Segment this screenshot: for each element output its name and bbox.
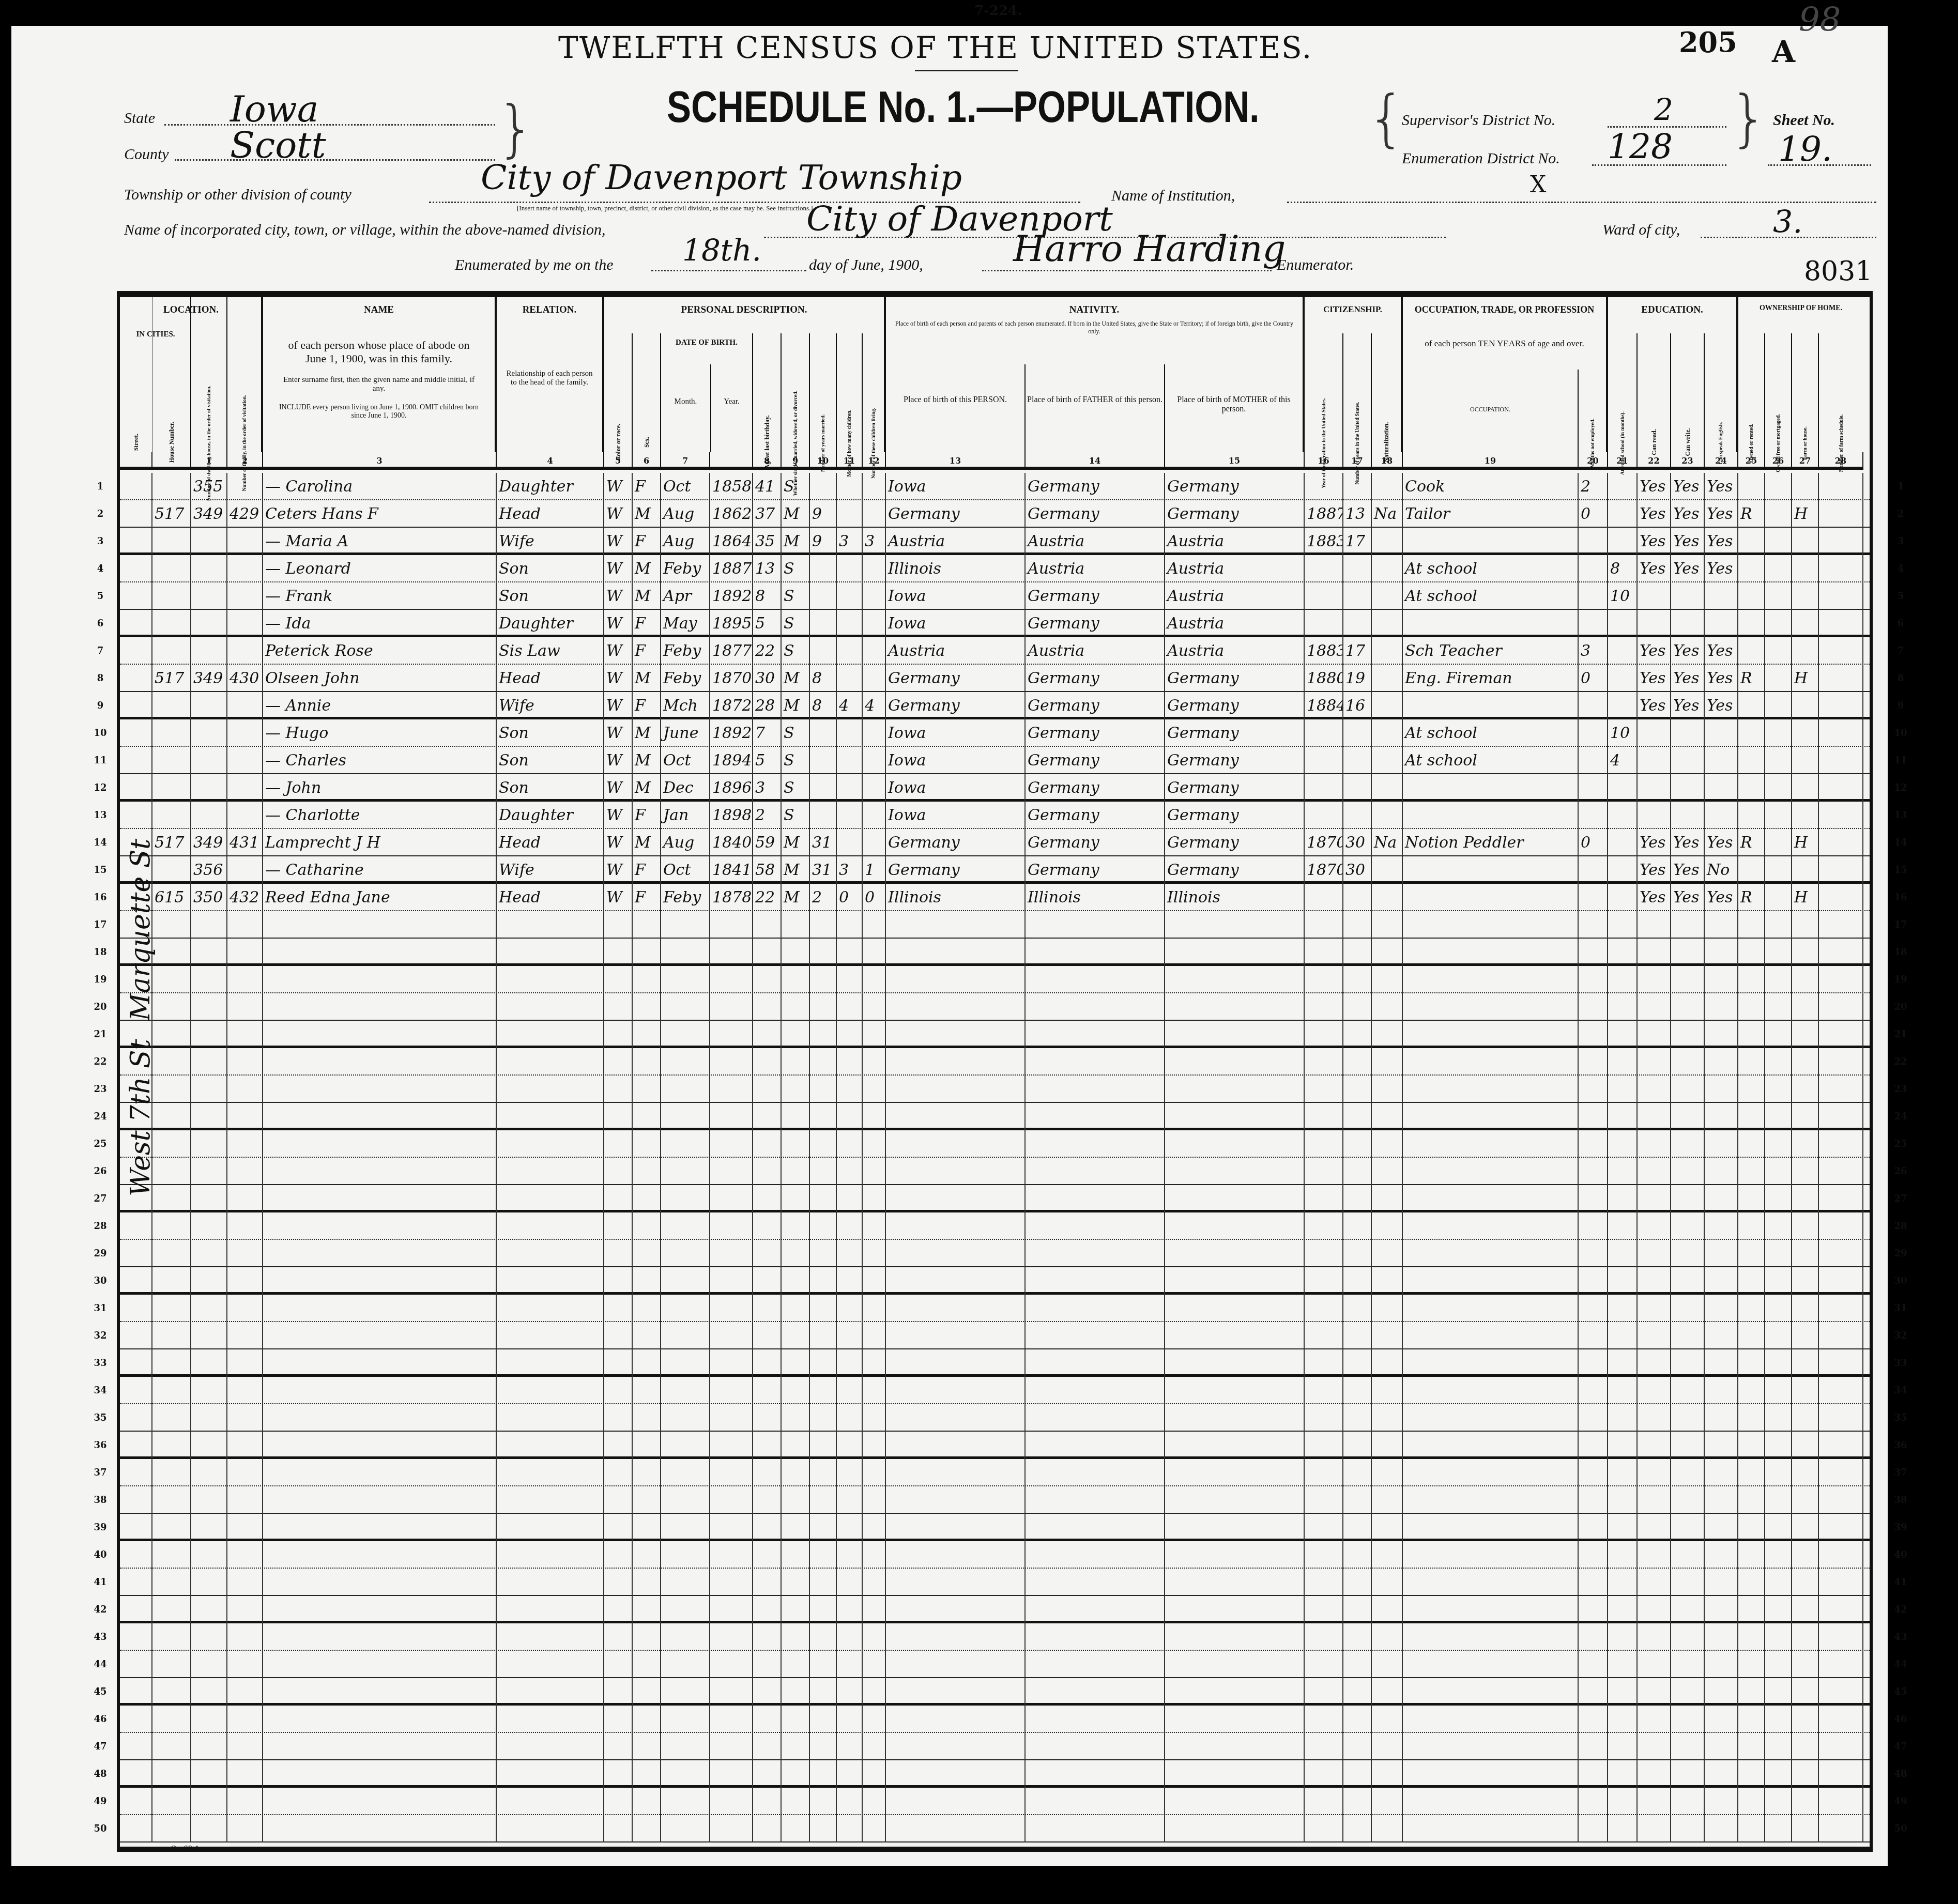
cell-month (661, 1569, 710, 1596)
cell-color: W (604, 802, 633, 829)
cell-marital: M (782, 528, 810, 555)
cell-read (1638, 1404, 1671, 1432)
column-number: 12 (863, 452, 886, 470)
cell-month (661, 939, 710, 966)
cell-pom: Austria (1165, 637, 1305, 665)
cell-own (1738, 692, 1765, 719)
cell-dwelling (191, 637, 227, 665)
cell-free (1765, 1541, 1792, 1569)
cell-free (1765, 610, 1792, 637)
cell-pof (1026, 1788, 1165, 1815)
column-number: 9 (782, 452, 810, 470)
cell-nat (1372, 1733, 1403, 1760)
cell-color (604, 966, 633, 993)
cell-unemp (1579, 1815, 1608, 1842)
cell-month: Oct (661, 747, 710, 774)
cell-imm (1305, 1651, 1343, 1678)
cell-house (152, 473, 191, 500)
table-row: 1111— CharlesSonWMOct18945SIowaGermanyGe… (120, 747, 1870, 774)
cell-farm (1792, 1815, 1819, 1842)
cell-pob (886, 1130, 1026, 1158)
row-number-left: 13 (90, 802, 111, 829)
cell-fs (1819, 1076, 1863, 1103)
cell-street (120, 692, 152, 719)
cell-school (1608, 939, 1638, 966)
cell-cl (863, 665, 886, 692)
cell-english: Yes (1705, 829, 1738, 856)
column-number: 7 (661, 452, 710, 470)
cell-house (152, 1706, 191, 1733)
cell-farm (1792, 993, 1819, 1021)
cell-pob: Iowa (886, 473, 1026, 500)
row-number-right: 37 (1890, 1459, 1911, 1486)
column-number: 24 (1705, 452, 1738, 470)
cell-own (1738, 610, 1765, 637)
cell-imm (1305, 1678, 1343, 1706)
cell-marital (782, 1076, 810, 1103)
table-row: 44— LeonardSonWMFeby188713SIllinoisAustr… (120, 555, 1870, 582)
cell-write (1671, 1349, 1705, 1377)
cell-school (1608, 856, 1638, 884)
table-row: 1212— JohnSonWMDec18963SIowaGermanyGerma… (120, 774, 1870, 802)
cell-free (1765, 774, 1792, 802)
cell-own (1738, 993, 1765, 1021)
cell-marital (782, 911, 810, 939)
cell-english: Yes (1705, 528, 1738, 555)
row-number-right: 18 (1890, 939, 1911, 966)
cell-school (1608, 1185, 1638, 1212)
cell-imm: 1887 (1305, 500, 1343, 528)
cell-unemp (1579, 1432, 1608, 1459)
cell-pom (1165, 1021, 1305, 1048)
row-number-left: 8 (90, 665, 111, 692)
cell-marital (782, 1349, 810, 1377)
cell-imm (1305, 774, 1343, 802)
cell-marital: S (782, 582, 810, 610)
birth-person-col: Place of birth of this PERSON. (886, 364, 1026, 452)
cell-age (753, 1322, 782, 1349)
cell-pof: Austria (1026, 637, 1165, 665)
row-number-right: 22 (1890, 1048, 1911, 1076)
cell-write (1671, 1212, 1705, 1240)
cell-pom (1165, 1514, 1305, 1541)
cell-age (753, 966, 782, 993)
cell-pof: Germany (1026, 692, 1165, 719)
cell-mc (837, 1459, 863, 1486)
cell-pob: Austria (886, 528, 1026, 555)
cell-mc (837, 500, 863, 528)
cell-street (120, 555, 152, 582)
row-number-right: 24 (1890, 1103, 1911, 1130)
cell-unemp (1579, 993, 1608, 1021)
cell-imm: 1870 (1305, 856, 1343, 884)
cell-month: Oct (661, 473, 710, 500)
cell-nat (1372, 1569, 1403, 1596)
cell-pof (1026, 1486, 1165, 1514)
cell-own (1738, 1815, 1765, 1842)
cell-relation (497, 1240, 604, 1267)
cell-school (1608, 1158, 1638, 1185)
cell-own (1738, 1295, 1765, 1322)
cell-free (1765, 1212, 1792, 1240)
relation-col: RELATION. Relationship of each person to… (497, 297, 604, 452)
cell-fs (1819, 582, 1863, 610)
cell-read (1638, 1048, 1671, 1076)
cell-pob: Germany (886, 692, 1026, 719)
cell-year (710, 1788, 753, 1815)
cell-mc (837, 1267, 863, 1295)
cell-imm: 1883 (1305, 637, 1343, 665)
cell-house (152, 1541, 191, 1569)
cell-read (1638, 610, 1671, 637)
cell-occ (1403, 1076, 1579, 1103)
cell-house (152, 747, 191, 774)
cell-house (152, 1760, 191, 1788)
cell-sex (633, 1404, 661, 1432)
cell-imm (1305, 884, 1343, 911)
cell-occ (1403, 1514, 1579, 1541)
cell-read (1638, 1212, 1671, 1240)
cell-age (753, 1130, 782, 1158)
cell-relation (497, 1486, 604, 1514)
cell-pom: Austria (1165, 528, 1305, 555)
cell-relation: Son (497, 719, 604, 747)
cell-year: 1864 (710, 528, 753, 555)
cell-pom: Germany (1165, 665, 1305, 692)
cell-own (1738, 528, 1765, 555)
cell-unemp (1579, 911, 1608, 939)
table-row: 3434 (120, 1377, 1870, 1404)
cell-english (1705, 1267, 1738, 1295)
cell-nat (1372, 1651, 1403, 1678)
cell-occ (1403, 1541, 1579, 1569)
cell-mc (837, 1651, 863, 1678)
cell-unemp (1579, 1459, 1608, 1486)
row-number-left: 34 (90, 1377, 111, 1404)
day-line (651, 270, 806, 271)
cell-family (227, 1541, 263, 1569)
cell-fs (1819, 1212, 1863, 1240)
cell-color: W (604, 473, 633, 500)
cell-house (152, 1788, 191, 1815)
row-number-right: 32 (1890, 1322, 1911, 1349)
column-number (120, 452, 152, 470)
street-annotation-marquette: Marquette St (125, 839, 156, 1021)
cell-yrs (1343, 774, 1372, 802)
cell-ym (810, 1377, 837, 1404)
birth-person-header: Place of birth of this PERSON. (904, 395, 1007, 404)
cell-occ (1403, 1103, 1579, 1130)
cell-write: Yes (1671, 500, 1705, 528)
cell-free (1765, 1623, 1792, 1651)
ward-label: Ward of city, (1602, 221, 1680, 239)
cell-marital (782, 1596, 810, 1623)
cell-yrs (1343, 1185, 1372, 1212)
cell-ym (810, 1459, 837, 1486)
farm-house-col: Farm or house. (1792, 333, 1819, 452)
cell-year: 1877 (710, 637, 753, 665)
cell-pof (1026, 1815, 1165, 1842)
cell-mc (837, 966, 863, 993)
cell-dwelling: 349 (191, 500, 227, 528)
cell-ym (810, 1267, 837, 1295)
cell-pof: Germany (1026, 500, 1165, 528)
cell-dwelling (191, 582, 227, 610)
cell-cl (863, 1322, 886, 1349)
cell-marital: S (782, 610, 810, 637)
cell-sex (633, 1103, 661, 1130)
cell-sex: M (633, 582, 661, 610)
cell-school (1608, 1295, 1638, 1322)
cell-english (1705, 582, 1738, 610)
cell-own (1738, 1514, 1765, 1541)
cell-age (753, 1514, 782, 1541)
cell-color (604, 911, 633, 939)
cell-street (120, 1240, 152, 1267)
cell-occ (1403, 1651, 1579, 1678)
cell-read: Yes (1638, 637, 1671, 665)
cell-own (1738, 1623, 1765, 1651)
cell-ym (810, 1432, 837, 1459)
cell-yrs (1343, 993, 1372, 1021)
cell-color: W (604, 747, 633, 774)
row-number-left: 9 (90, 692, 111, 719)
cell-write (1671, 1815, 1705, 1842)
row-number-left: 19 (90, 966, 111, 993)
cell-dwelling (191, 1514, 227, 1541)
cell-pob: Iowa (886, 719, 1026, 747)
cell-sex: F (633, 637, 661, 665)
cell-write (1671, 966, 1705, 993)
cell-yrs (1343, 1788, 1372, 1815)
cell-pob: Illinois (886, 555, 1026, 582)
row-number-left: 49 (90, 1788, 111, 1815)
cell-read (1638, 939, 1671, 966)
cell-color (604, 993, 633, 1021)
cell-marital: S (782, 555, 810, 582)
cell-cl (863, 829, 886, 856)
cell-color: W (604, 637, 633, 665)
cell-dwelling (191, 1212, 227, 1240)
cell-family: 431 (227, 829, 263, 856)
cell-imm (1305, 1130, 1343, 1158)
cell-marital: M (782, 500, 810, 528)
enumeration-district: 128 (1608, 127, 1673, 166)
cell-house: 517 (152, 829, 191, 856)
cell-pof: Germany (1026, 665, 1165, 692)
table-row: 4747 (120, 1733, 1870, 1760)
cell-sex (633, 1486, 661, 1514)
cell-age (753, 1541, 782, 1569)
cell-write: Yes (1671, 473, 1705, 500)
cell-sex: M (633, 500, 661, 528)
cell-farm (1792, 1569, 1819, 1596)
cell-unemp (1579, 1404, 1608, 1432)
institution-line (1287, 202, 1876, 203)
cell-color (604, 1267, 633, 1295)
cell-year (710, 1322, 753, 1349)
cell-name (263, 1432, 497, 1459)
row-number-left: 30 (90, 1267, 111, 1295)
cell-ym: 31 (810, 856, 837, 884)
cell-name: Reed Edna Jane (263, 884, 497, 911)
cell-imm (1305, 1706, 1343, 1733)
cell-family (227, 1569, 263, 1596)
cell-imm (1305, 966, 1343, 993)
cell-mc (837, 911, 863, 939)
cell-unemp (1579, 1377, 1608, 1404)
cell-english (1705, 1514, 1738, 1541)
cell-sex (633, 1158, 661, 1185)
cell-pof: Germany (1026, 719, 1165, 747)
cell-marital (782, 1815, 810, 1842)
cell-relation: Sis Law (497, 637, 604, 665)
cell-dwelling (191, 802, 227, 829)
cell-ym (810, 1349, 837, 1377)
cell-own (1738, 1377, 1765, 1404)
ownership-heading: OWNERSHIP OF HOME. (1738, 304, 1863, 313)
cell-write: Yes (1671, 637, 1705, 665)
cell-occ (1403, 1596, 1579, 1623)
cell-free (1765, 1459, 1792, 1486)
cell-write (1671, 1240, 1705, 1267)
cell-imm (1305, 939, 1343, 966)
cell-color: W (604, 665, 633, 692)
cell-yrs (1343, 719, 1372, 747)
cell-marital (782, 1541, 810, 1569)
cell-color (604, 1760, 633, 1788)
cell-sex: M (633, 665, 661, 692)
row-number-right: 25 (1890, 1130, 1911, 1158)
cell-unemp (1579, 1486, 1608, 1514)
cell-own (1738, 1240, 1765, 1267)
cell-family (227, 1103, 263, 1130)
cell-pof (1026, 1240, 1165, 1267)
cell-nat: Na (1372, 829, 1403, 856)
cell-nat (1372, 637, 1403, 665)
cell-english (1705, 802, 1738, 829)
cell-pob: Iowa (886, 582, 1026, 610)
cell-name (263, 1514, 497, 1541)
cell-fs (1819, 555, 1863, 582)
cell-family (227, 1514, 263, 1541)
row-number-left: 16 (90, 884, 111, 911)
cell-school (1608, 1076, 1638, 1103)
cell-mc (837, 1596, 863, 1623)
cell-own (1738, 1021, 1765, 1048)
cell-pof (1026, 1377, 1165, 1404)
cell-free (1765, 1158, 1792, 1185)
cell-ym (810, 802, 837, 829)
cell-name (263, 1021, 497, 1048)
row-number-left: 5 (90, 582, 111, 610)
cell-farm (1792, 1048, 1819, 1076)
cell-month (661, 1103, 710, 1130)
cell-month (661, 1706, 710, 1733)
cell-imm (1305, 1349, 1343, 1377)
cell-unemp (1579, 1212, 1608, 1240)
cell-name (263, 1569, 497, 1596)
cell-month (661, 1459, 710, 1486)
cell-cl: 0 (863, 884, 886, 911)
table-row: 55— FrankSonWMApr18928SIowaGermanyAustri… (120, 582, 1870, 610)
county-value: Scott (230, 124, 326, 166)
cell-name: — Hugo (263, 719, 497, 747)
cell-fs (1819, 1240, 1863, 1267)
cell-age: 28 (753, 692, 782, 719)
cell-year: 1892 (710, 582, 753, 610)
farm-schedule-col: Number of farm schedule. (1819, 333, 1863, 452)
cell-own (1738, 1185, 1765, 1212)
cell-street (120, 802, 152, 829)
cell-ym (810, 582, 837, 610)
cell-pob: Germany (886, 856, 1026, 884)
cell-dwelling (191, 747, 227, 774)
cell-farm (1792, 1240, 1819, 1267)
cell-fs (1819, 1432, 1863, 1459)
name-col: NAME of each person whose place of abode… (263, 297, 497, 452)
cell-age (753, 911, 782, 939)
county-line (175, 159, 495, 161)
row-number-right: 16 (1890, 884, 1911, 911)
cell-marital: S (782, 774, 810, 802)
cell-cl (863, 1212, 886, 1240)
cell-marital (782, 1021, 810, 1048)
cell-age: 59 (753, 829, 782, 856)
row-number-left: 46 (90, 1706, 111, 1733)
cell-name (263, 1596, 497, 1623)
cell-farm (1792, 1623, 1819, 1651)
cell-pom (1165, 939, 1305, 966)
cell-year: 1887 (710, 555, 753, 582)
cell-pom: Austria (1165, 582, 1305, 610)
cell-english: Yes (1705, 500, 1738, 528)
row-number-left: 11 (90, 747, 111, 774)
cell-english (1705, 1541, 1738, 1569)
cell-write (1671, 1432, 1705, 1459)
cell-read: Yes (1638, 528, 1671, 555)
cell-unemp (1579, 1130, 1608, 1158)
cell-marital (782, 1158, 810, 1185)
cell-english: Yes (1705, 884, 1738, 911)
district-brace-left: } (1365, 83, 1404, 155)
column-number: 26 (1765, 452, 1792, 470)
cell-sex (633, 1514, 661, 1541)
cell-dwelling (191, 1596, 227, 1623)
cell-marital (782, 1569, 810, 1596)
cell-read (1638, 1678, 1671, 1706)
cell-occ: At school (1403, 719, 1579, 747)
cell-month (661, 1760, 710, 1788)
cell-read: Yes (1638, 884, 1671, 911)
institution-label: Name of Institution, (1111, 187, 1235, 205)
cell-cl (863, 1240, 886, 1267)
cell-fs (1819, 1322, 1863, 1349)
cell-mc: 0 (837, 884, 863, 911)
cell-street (120, 1404, 152, 1432)
cell-nat (1372, 1349, 1403, 1377)
cell-street (120, 1514, 152, 1541)
cell-year (710, 1815, 753, 1842)
cell-unemp (1579, 774, 1608, 802)
cell-marital (782, 1514, 810, 1541)
row-number-right: 5 (1890, 582, 1911, 610)
township-value: City of Davenport Township (481, 158, 962, 197)
cell-relation (497, 939, 604, 966)
cell-occ (1403, 911, 1579, 939)
table-row: 77Peterick RoseSis LawWFFeby187722SAustr… (120, 637, 1870, 665)
cell-street (120, 582, 152, 610)
